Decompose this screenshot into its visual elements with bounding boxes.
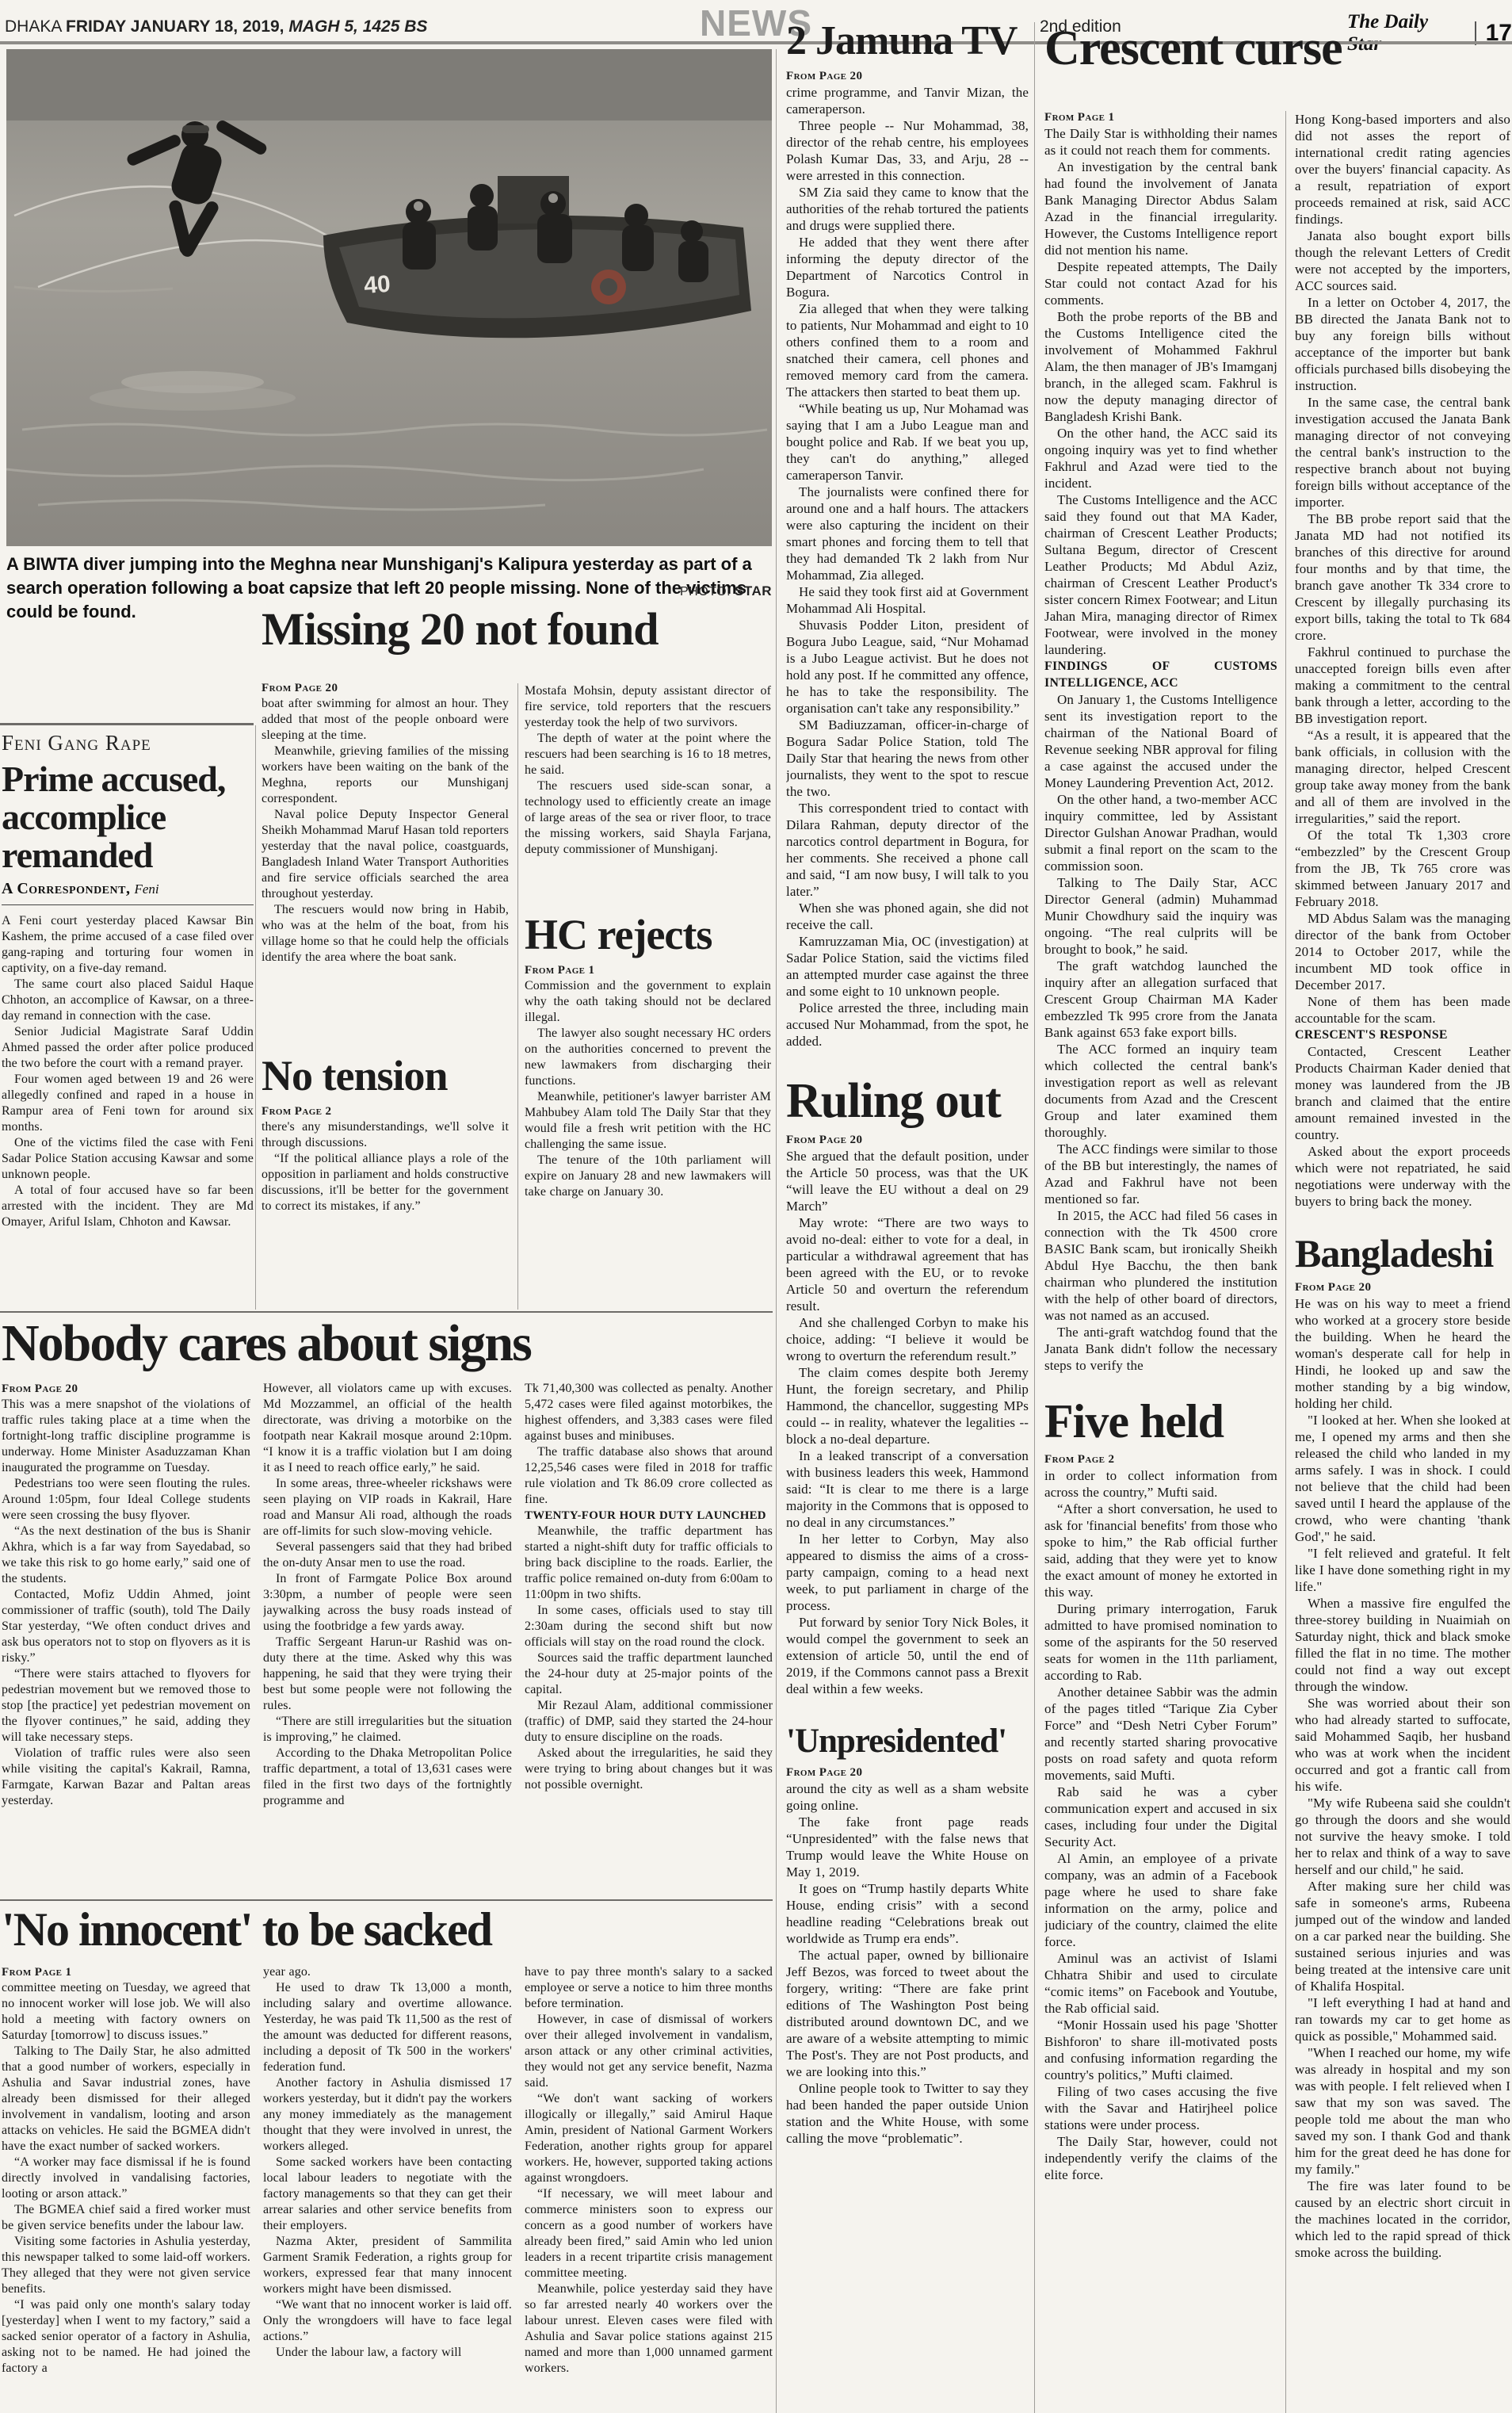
column-rule-crescent (1285, 111, 1286, 2413)
paragraph: Hong Kong-based importers and also did n… (1295, 111, 1510, 228)
article-hc-rejects: HC rejects From Page 1 Commission and th… (525, 913, 771, 1200)
headline: 'Unpresidented' (786, 1724, 1029, 1758)
paragraph: “We want that no innocent worker is laid… (263, 2297, 512, 2345)
article-body: The Daily Star is withholding their name… (1044, 125, 1277, 1374)
paragraph: This was a mere snapshot of the violatio… (2, 1397, 250, 1476)
paragraph: The lawyer also sought necessary HC orde… (525, 1026, 771, 1089)
article-nobody-cares: Nobody cares about signs From Page 20 Th… (2, 1317, 773, 1809)
paragraph: Four women aged between 19 and 26 were a… (2, 1072, 254, 1135)
bottom-left-rule (0, 1899, 773, 1901)
article-col: From Page 20 This was a mere snapshot of… (2, 1381, 250, 1809)
column-jamuna: 2 Jamuna TV From Page 20 crime programme… (786, 21, 1029, 2413)
paragraph: “As a result, it is appeared that the ba… (1295, 727, 1510, 827)
paragraph: On January 1, the Customs Intelligence s… (1044, 691, 1277, 791)
paragraph: The Customs Intelligence and the ACC sai… (1044, 491, 1277, 658)
headline: HC rejects (525, 913, 771, 956)
boat-number: 40 (363, 271, 391, 299)
paragraph: In some areas, three-wheeler rickshaws w… (263, 1476, 512, 1539)
paragraph: Fakhrul continued to purchase the unacce… (1295, 644, 1510, 727)
news-photo: 40 (6, 49, 772, 546)
paragraph: Pedestrians too were seen flouting the r… (2, 1476, 250, 1524)
photo-credit-source: STAR (735, 583, 772, 598)
column-rule-main-2 (1034, 22, 1035, 2413)
paragraph: “As the next destination of the bus is S… (2, 1524, 250, 1587)
paragraph: "My wife Rubeena said she couldn't go th… (1295, 1795, 1510, 1878)
paragraph: SM Badiuzzaman, officer-in-charge of Bog… (786, 717, 1029, 800)
paragraph: May wrote: “There are two ways to avoid … (786, 1214, 1029, 1314)
paragraph: Violation of traffic rules were also see… (2, 1746, 250, 1809)
paragraph: Commission and the government to explain… (525, 978, 771, 1026)
article-body: Mostafa Mohsin, deputy assistant directo… (525, 683, 771, 858)
paragraph: Online people took to Twitter to say the… (786, 2080, 1029, 2147)
article-col: year ago.He used to draw Tk 13,000 a mon… (263, 1964, 512, 2377)
paragraph: Rab said he was a cyber communication ex… (1044, 1784, 1277, 1850)
article-col: Tk 71,40,300 was collected as penalty. A… (525, 1381, 773, 1809)
paragraph: He said they took first aid at Governmen… (786, 583, 1029, 617)
paragraph: A total of four accused have so far been… (2, 1183, 254, 1230)
byline-rule (2, 904, 254, 905)
article-kicker: Feni Gang Rape (2, 731, 254, 755)
paragraph: Under the labour law, a factory will (263, 2345, 512, 2361)
paragraph: “There were stairs attached to flyovers … (2, 1666, 250, 1746)
paragraph: Despite repeated attempts, The Daily Sta… (1044, 258, 1277, 308)
paragraph: She argued that the default position, un… (786, 1148, 1029, 1214)
column-crescent-1: From Page 1 The Daily Star is withholdin… (1044, 109, 1277, 2413)
paragraph: The same court also placed Saidul Haque … (2, 977, 254, 1024)
paragraph: Mostafa Mohsin, deputy assistant directo… (525, 683, 771, 731)
photo-credit-label: PHOTO: (680, 585, 731, 598)
paragraph: However, in case of dismissal of workers… (525, 2012, 773, 2091)
paragraph: On the other hand, the ACC said its ongo… (1044, 425, 1277, 491)
paragraph: An investigation by the central bank had… (1044, 159, 1277, 258)
mid-left-rule (0, 1311, 773, 1313)
article-feni: Feni Gang Rape Prime accused, accomplice… (2, 731, 254, 1230)
paragraph: "I felt relieved and grateful. It felt l… (1295, 1545, 1510, 1595)
paragraph: According to the Dhaka Metropolitan Poli… (263, 1746, 512, 1809)
paragraph: Another factory in Ashulia dismissed 17 … (263, 2075, 512, 2155)
paragraph: "I left everything I had at hand and ran… (1295, 1994, 1510, 2044)
paragraph: The rescuers would now bring in Habib, w… (262, 902, 509, 966)
paragraph: Some sacked workers have been contacting… (263, 2155, 512, 2234)
paragraph: Mir Rezaul Alam, additional commissioner… (525, 1698, 773, 1746)
paragraph: Contacted, Mofiz Uddin Ahmed, joint comm… (2, 1587, 250, 1666)
paragraph: The depth of water at the point where th… (525, 731, 771, 778)
paragraph: “If necessary, we will meet labour and c… (525, 2186, 773, 2281)
paragraph: “If the political alliance plays a role … (262, 1151, 509, 1214)
paragraph: "When I reached our home, my wife was al… (1295, 2044, 1510, 2178)
paragraph: Shuvasis Podder Liton, president of Bogu… (786, 617, 1029, 717)
paragraph: None of them has been made accountable f… (1295, 993, 1510, 1027)
article-unpresidented: 'Unpresidented' From Page 20 around the … (786, 1724, 1029, 2147)
column-rule-main-1 (776, 49, 777, 2413)
paragraph: A Feni court yesterday placed Kawsar Bin… (2, 913, 254, 977)
paragraph: When she was phoned again, she did not r… (786, 900, 1029, 933)
headline: 2 Jamuna TV (786, 21, 1029, 62)
paragraph: crime programme, and Tanvir Mizan, the c… (786, 84, 1029, 117)
article-missing-col1: From Page 20 boat after swimming for alm… (262, 680, 509, 966)
paragraph: When a massive fire engulfed the three-s… (1295, 1595, 1510, 1695)
paragraph: Tk 71,40,300 was collected as penalty. A… (525, 1381, 773, 1444)
article-body: boat after swimming for almost an hour. … (262, 696, 509, 966)
paragraph: The traffic database also shows that aro… (525, 1444, 773, 1508)
paragraph: there's any misunderstandings, we'll sol… (262, 1119, 509, 1151)
paragraph: The anti-graft watchdog found that the J… (1044, 1324, 1277, 1374)
article-body: A Feni court yesterday placed Kawsar Bin… (2, 913, 254, 1230)
article-bangladeshi: Bangladeshi From Page 20 He was on his w… (1295, 1233, 1510, 2261)
paragraph: He added that they went there after info… (786, 234, 1029, 300)
paragraph: Another detainee Sabbir was the admin of… (1044, 1684, 1277, 1784)
paragraph: Meanwhile, police yesterday said they ha… (525, 2281, 773, 2377)
article-body: Tk 71,40,300 was collected as penalty. A… (525, 1381, 773, 1793)
paragraph: Naval police Deputy Inspector General Sh… (262, 807, 509, 902)
paragraph: Of the total Tk 1,303 crore “embezzled” … (1295, 827, 1510, 910)
from-page-label: From Page 2 (1044, 1453, 1277, 1467)
paragraph: He was on his way to meet a friend who w… (1295, 1295, 1510, 1412)
paragraph: Visiting some factories in Ashulia yeste… (2, 2234, 250, 2297)
article-body: Hong Kong-based importers and also did n… (1295, 111, 1510, 1210)
from-page-label: From Page 20 (2, 1382, 250, 1396)
headline: Five held (1044, 1398, 1277, 1445)
paragraph: The tenure of the 10th parliament will e… (525, 1153, 771, 1200)
paragraph: Aminul was an activist of Islami Chhatra… (1044, 1950, 1277, 2017)
paragraph: In a leaked transcript of a conversation… (786, 1447, 1029, 1531)
paragraph: boat after swimming for almost an hour. … (262, 696, 509, 744)
article-five-held: Five held From Page 2 in order to collec… (1044, 1398, 1277, 2183)
headline: Nobody cares about signs (2, 1317, 773, 1370)
paragraph: Three people -- Nur Mohammad, 38, direct… (786, 117, 1029, 184)
paragraph: have to pay three month's salary to a sa… (525, 1964, 773, 2012)
article-body: crime programme, and Tanvir Mizan, the c… (786, 84, 1029, 1050)
article-no-tension: No tension From Page 2 there's any misun… (262, 1054, 509, 1214)
article-body: in order to collect information from acr… (1044, 1467, 1277, 2183)
paragraph: Several passengers said that they had br… (263, 1539, 512, 1571)
paragraph: Nazma Akter, president of Sammilita Garm… (263, 2234, 512, 2297)
paragraph: Janata also bought export bills though t… (1295, 228, 1510, 294)
feni-top-rule (0, 723, 254, 725)
paragraph: around the city as well as a sham websit… (786, 1780, 1029, 1814)
paragraph: Police arrested the three, including mai… (786, 1000, 1029, 1050)
from-page-label: From Page 20 (786, 1766, 1029, 1780)
paragraph: During primary interrogation, Faruk admi… (1044, 1600, 1277, 1684)
paragraph: SM Zia said they came to know that the a… (786, 184, 1029, 234)
paragraph: After making sure her child was safe in … (1295, 1878, 1510, 1994)
column-rule-feni (255, 725, 256, 1310)
paragraph: The BGMEA chief said a fired worker must… (2, 2202, 250, 2234)
article-body: around the city as well as a sham websit… (786, 1780, 1029, 2147)
article-body: have to pay three month's salary to a sa… (525, 1964, 773, 2377)
article-body: Commission and the government to explain… (525, 978, 771, 1200)
paragraph: “A worker may face dismissal if he is fo… (2, 2155, 250, 2202)
article-jamuna: 2 Jamuna TV From Page 20 crime programme… (786, 21, 1029, 1050)
paragraph: “We don't want sacking of workers illogi… (525, 2091, 773, 2186)
paragraph: Traffic Sergeant Harun-ur Rashid was on-… (263, 1635, 512, 1714)
paragraph: Meanwhile, petitioner's lawyer barrister… (525, 1089, 771, 1153)
paragraph: The ACC findings were similar to those o… (1044, 1141, 1277, 1207)
paragraph: committee meeting on Tuesday, we agreed … (2, 1980, 250, 2044)
headline-crescent: Crescent curse (1044, 24, 1512, 73)
column-crescent-2: Hong Kong-based importers and also did n… (1295, 111, 1510, 2413)
paragraph: This correspondent tried to contact with… (786, 800, 1029, 900)
paragraph: “Monir Hossain used his page 'Shotter Bi… (1044, 2017, 1277, 2083)
paragraph: Sources said the traffic department laun… (525, 1650, 773, 1698)
from-page-label: From Page 2 (262, 1105, 509, 1119)
paragraph: In her letter to Corbyn, May also appear… (786, 1531, 1029, 1614)
from-page-label: From Page 20 (262, 682, 509, 695)
paragraph: The journalists were confined there for … (786, 484, 1029, 583)
paragraph: The actual paper, owned by billionaire J… (786, 1947, 1029, 2080)
article-body: However, all violators came up with excu… (263, 1381, 512, 1809)
paragraph: One of the victims filed the case with F… (2, 1135, 254, 1183)
paragraph: Talking to The Daily Star, ACC Director … (1044, 874, 1277, 958)
article-missing-col2: Mostafa Mohsin, deputy assistant directo… (525, 683, 771, 858)
headline: Bangladeshi (1295, 1233, 1510, 1273)
paragraph: In 2015, the ACC had filed 56 cases in c… (1044, 1207, 1277, 1324)
paragraph: Talking to The Daily Star, he also admit… (2, 2044, 250, 2155)
paragraph: “After a short conversation, he used to … (1044, 1501, 1277, 1600)
column-rule-missing (517, 683, 518, 1310)
article-body: This was a mere snapshot of the violatio… (2, 1397, 250, 1809)
article-col: have to pay three month's salary to a sa… (525, 1964, 773, 2377)
paragraph: in order to collect information from acr… (1044, 1467, 1277, 1501)
from-page-label: From Page 20 (1295, 1281, 1510, 1294)
headline-missing: Missing 20 not found (262, 606, 775, 652)
article-ruling-out: Ruling out From Page 20 She argued that … (786, 1076, 1029, 1697)
paragraph: He used to draw Tk 13,000 a month, inclu… (263, 1980, 512, 2075)
byline-place: Feni (134, 881, 158, 897)
newspaper-page: DHAKA FRIDAY JANUARY 18, 2019, MAGH 5, 1… (0, 0, 1512, 2413)
paragraph: On the other hand, a two-member ACC inqu… (1044, 791, 1277, 874)
paragraph: CRESCENT'S RESPONSE (1295, 1027, 1510, 1043)
paragraph: TWENTY-FOUR HOUR DUTY LAUNCHED (525, 1508, 773, 1524)
paragraph: She was worried about their son who had … (1295, 1695, 1510, 1795)
paragraph: In a letter on October 4, 2017, the BB d… (1295, 294, 1510, 394)
headline: No tension (262, 1054, 509, 1097)
article-col: However, all violators came up with excu… (263, 1381, 512, 1809)
paragraph: MD Abdus Salam was the managing director… (1295, 910, 1510, 993)
paragraph: The Daily Star, however, could not indep… (1044, 2133, 1277, 2183)
article-body: He was on his way to meet a friend who w… (1295, 1295, 1510, 2261)
paragraph: The BB probe report said that the Janata… (1295, 511, 1510, 644)
from-page-label: From Page 1 (1044, 111, 1277, 124)
headline: Prime accused, accomplice remanded (2, 760, 254, 874)
article-body: She argued that the default position, un… (786, 1148, 1029, 1697)
paragraph: Meanwhile, the traffic department has st… (525, 1524, 773, 1603)
paragraph: And she challenged Corbyn to make his ch… (786, 1314, 1029, 1364)
paragraph: FINDINGS OF CUSTOMS INTELLIGENCE, ACC (1044, 658, 1277, 691)
article-col: From Page 1 committee meeting on Tuesday… (2, 1964, 250, 2377)
photo-credit: PHOTO: STAR (680, 579, 772, 604)
paragraph: “While beating us up, Nur Mohamad was sa… (786, 400, 1029, 484)
paragraph: In front of Farmgate Police Box around 3… (263, 1571, 512, 1635)
paragraph: The rescuers used side-scan sonar, a tec… (525, 778, 771, 858)
byline-name: A Correspondent, (2, 880, 130, 897)
paragraph: Contacted, Crescent Leather Products Cha… (1295, 1043, 1510, 1143)
paragraph: Kamruzzaman Mia, OC (investigation) at S… (786, 933, 1029, 1000)
paragraph: "I looked at her. When she looked at me,… (1295, 1412, 1510, 1545)
paragraph: The ACC formed an inquiry team which col… (1044, 1041, 1277, 1141)
article-body: year ago.He used to draw Tk 13,000 a mon… (263, 1964, 512, 2361)
paragraph: The fire was later found to be caused by… (1295, 2178, 1510, 2261)
paragraph: year ago. (263, 1964, 512, 1980)
from-page-label: From Page 20 (786, 70, 1029, 83)
paragraph: Filing of two cases accusing the five wi… (1044, 2083, 1277, 2133)
paragraph: Both the probe reports of the BB and the… (1044, 308, 1277, 425)
headline: Ruling out (786, 1076, 1029, 1126)
paragraph: Zia alleged that when they were talking … (786, 300, 1029, 400)
paragraph: The claim comes despite both Jeremy Hunt… (786, 1364, 1029, 1447)
article-body: committee meeting on Tuesday, we agreed … (2, 1980, 250, 2377)
paragraph: The graft watchdog launched the inquiry … (1044, 958, 1277, 1041)
paragraph: Al Amin, an employee of a private compan… (1044, 1850, 1277, 1950)
paragraph: It goes on “Trump hastily departs White … (786, 1880, 1029, 1947)
river-rescue-photo-illustration: 40 (6, 49, 772, 546)
paragraph: In some cases, officials used to stay ti… (525, 1603, 773, 1650)
from-page-label: From Page 1 (525, 964, 771, 977)
byline: A Correspondent, Feni (2, 880, 254, 898)
article-body: there's any misunderstandings, we'll sol… (262, 1119, 509, 1214)
paragraph: Meanwhile, grieving families of the miss… (262, 744, 509, 807)
from-page-label: From Page 1 (2, 1966, 250, 1979)
from-page-label: From Page 20 (786, 1134, 1029, 1147)
paragraph: Put forward by senior Tory Nick Boles, i… (786, 1614, 1029, 1697)
paragraph: Asked about the export proceeds which we… (1295, 1143, 1510, 1210)
paragraph: The Daily Star is withholding their name… (1044, 125, 1277, 159)
paragraph: Asked about the irregularities, he said … (525, 1746, 773, 1793)
paragraph: The fake front page reads “Unpresidented… (786, 1814, 1029, 1880)
paragraph: However, all violators came up with excu… (263, 1381, 512, 1476)
paragraph: In the same case, the central bank inves… (1295, 394, 1510, 511)
paragraph: “I was paid only one month's salary toda… (2, 2297, 250, 2377)
paragraph: “There are still irregularities but the … (263, 1714, 512, 1746)
article-no-innocent: 'No innocent' to be sacked From Page 1 c… (2, 1906, 773, 2411)
headline: 'No innocent' to be sacked (2, 1906, 773, 1953)
paragraph: Senior Judicial Magistrate Saraf Uddin A… (2, 1024, 254, 1072)
